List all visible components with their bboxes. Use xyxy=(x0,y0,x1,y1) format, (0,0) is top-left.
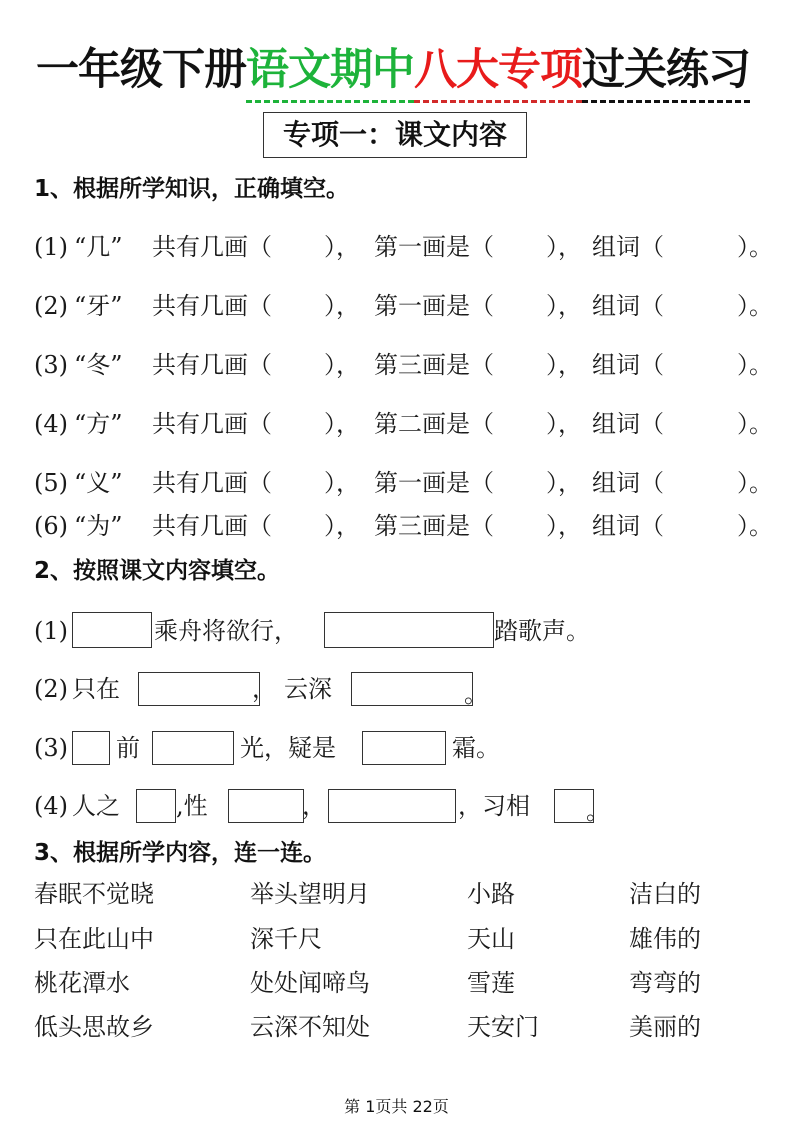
title-practice: 过关练习 xyxy=(582,42,750,103)
word-blank-close[interactable]: ）。 xyxy=(737,467,773,499)
q1-item-2: (2) “牙” 共有几画（ ）， 第一画是（ ）， 组词（ ）。 xyxy=(34,290,774,322)
poem-text: 踏歌声。 xyxy=(494,615,590,647)
word-blank-close[interactable]: ）。 xyxy=(737,510,773,542)
item-number: (3) xyxy=(34,349,68,381)
stroke-order-blank-close[interactable]: ）， xyxy=(546,408,582,440)
question-1-heading: 1、根据所学知识，正确填空。 xyxy=(34,174,349,204)
item-number: (4) xyxy=(34,790,68,822)
target-character: “牙” xyxy=(74,290,123,322)
word-prompt: 组词（ xyxy=(592,349,664,381)
poem-punct: ， xyxy=(252,673,276,705)
match-col-3-item-4[interactable]: 天安门 xyxy=(467,1011,539,1043)
stroke-count-blank-close[interactable]: ）， xyxy=(324,408,360,440)
poem-punct: 。 xyxy=(586,795,610,827)
q1-item-6: (6) “为” 共有几画（ ）， 第三画是（ ）， 组词（ ）。 xyxy=(34,510,774,542)
stroke-order-blank-close[interactable]: ）， xyxy=(546,349,582,381)
q2-line-4: (4) 人之 ,性 ， ，习相 。 xyxy=(34,789,774,823)
target-character: “方” xyxy=(74,408,123,440)
word-prompt: 组词（ xyxy=(592,467,664,499)
answer-box[interactable] xyxy=(72,612,152,648)
stroke-order-prompt: 第二画是（ xyxy=(374,408,494,440)
q1-item-1: (1) “几” 共有几画（ ）， 第一画是（ ）， 组词（ ）。 xyxy=(34,231,774,263)
answer-box[interactable] xyxy=(228,789,304,823)
poem-punct: ， xyxy=(302,790,326,822)
answer-box[interactable] xyxy=(351,672,473,706)
poem-text: ，习相 xyxy=(458,790,530,822)
stroke-order-blank-close[interactable]: ）， xyxy=(546,510,582,542)
stroke-count-prompt: 共有几画（ xyxy=(152,510,272,542)
worksheet-title: 一年级下册 语文期中 八大专项 过关练习 xyxy=(36,42,750,103)
title-grade: 一年级下册 xyxy=(36,42,246,103)
poem-punct: 。 xyxy=(464,678,488,710)
poem-text: 霜。 xyxy=(452,732,500,764)
q2-line-1: (1) 乘舟将欲行， 踏歌声。 xyxy=(34,614,774,648)
item-number: (4) xyxy=(34,408,68,440)
item-number: (1) xyxy=(34,615,68,647)
stroke-count-prompt: 共有几画（ xyxy=(152,408,272,440)
question-2-heading: 2、按照课文内容填空。 xyxy=(34,556,280,586)
stroke-order-prompt: 第三画是（ xyxy=(374,349,494,381)
answer-box[interactable] xyxy=(152,731,234,765)
item-number: (6) xyxy=(34,510,68,542)
match-col-4-item-3[interactable]: 弯弯的 xyxy=(629,967,701,999)
answer-box[interactable] xyxy=(72,731,110,765)
item-number: (3) xyxy=(34,732,68,764)
match-col-3-item-2[interactable]: 天山 xyxy=(467,923,515,955)
poem-text: ,性 xyxy=(176,790,208,822)
poem-text: 人之 xyxy=(72,790,120,822)
q1-item-3: (3) “冬” 共有几画（ ）， 第三画是（ ）， 组词（ ）。 xyxy=(34,349,774,381)
match-col-2-item-1[interactable]: 举头望明月 xyxy=(250,878,370,910)
stroke-count-blank-close[interactable]: ）， xyxy=(324,467,360,499)
stroke-count-blank-close[interactable]: ）， xyxy=(324,349,360,381)
answer-box[interactable] xyxy=(328,789,456,823)
match-col-4-item-1[interactable]: 洁白的 xyxy=(629,878,701,910)
q2-line-2: (2) 只在 ， 云深 。 xyxy=(34,672,774,706)
target-character: “几” xyxy=(74,231,123,263)
stroke-order-prompt: 第三画是（ xyxy=(374,510,494,542)
stroke-order-prompt: 第一画是（ xyxy=(374,467,494,499)
word-blank-close[interactable]: ）。 xyxy=(737,290,773,322)
match-col-1-item-3[interactable]: 桃花潭水 xyxy=(34,967,130,999)
stroke-count-prompt: 共有几画（ xyxy=(152,349,272,381)
poem-text: 光，疑是 xyxy=(240,732,336,764)
poem-text: 只在 xyxy=(72,673,120,705)
stroke-order-prompt: 第一画是（ xyxy=(374,231,494,263)
poem-text: 乘舟将欲行， xyxy=(154,615,298,647)
match-col-1-item-1[interactable]: 春眠不觉晓 xyxy=(34,878,154,910)
stroke-order-blank-close[interactable]: ）， xyxy=(546,231,582,263)
target-character: “冬” xyxy=(74,349,123,381)
stroke-count-blank-close[interactable]: ）， xyxy=(324,290,360,322)
match-col-2-item-3[interactable]: 处处闻啼鸟 xyxy=(250,967,370,999)
q1-item-4: (4) “方” 共有几画（ ）， 第二画是（ ）， 组词（ ）。 xyxy=(34,408,774,440)
poem-text: 云深 xyxy=(284,673,332,705)
word-prompt: 组词（ xyxy=(592,231,664,263)
word-blank-close[interactable]: ）。 xyxy=(737,231,773,263)
match-col-1-item-2[interactable]: 只在此山中 xyxy=(34,923,154,955)
word-blank-close[interactable]: ）。 xyxy=(737,408,773,440)
item-number: (2) xyxy=(34,673,68,705)
match-col-4-item-4[interactable]: 美丽的 xyxy=(629,1011,701,1043)
title-topics: 八大专项 xyxy=(414,42,582,103)
poem-text: 前 xyxy=(116,732,140,764)
target-character: “为” xyxy=(74,510,123,542)
item-number: (5) xyxy=(34,467,68,499)
q2-line-3: (3) 前 光，疑是 霜。 xyxy=(34,731,774,765)
match-col-3-item-1[interactable]: 小路 xyxy=(467,878,515,910)
stroke-count-prompt: 共有几画（ xyxy=(152,231,272,263)
stroke-count-prompt: 共有几画（ xyxy=(152,467,272,499)
target-character: “义” xyxy=(74,467,123,499)
answer-box[interactable] xyxy=(136,789,176,823)
word-prompt: 组词（ xyxy=(592,510,664,542)
word-blank-close[interactable]: ）。 xyxy=(737,349,773,381)
answer-box[interactable] xyxy=(138,672,260,706)
answer-box[interactable] xyxy=(324,612,494,648)
section-label: 专项一：课文内容 xyxy=(263,112,527,158)
question-3-heading: 3、根据所学内容，连一连。 xyxy=(34,838,326,868)
word-prompt: 组词（ xyxy=(592,408,664,440)
stroke-order-prompt: 第一画是（ xyxy=(374,290,494,322)
match-col-1-item-4[interactable]: 低头思故乡 xyxy=(34,1011,154,1043)
match-col-2-item-4[interactable]: 云深不知处 xyxy=(250,1011,370,1043)
match-col-3-item-3[interactable]: 雪莲 xyxy=(467,967,515,999)
title-subject: 语文期中 xyxy=(246,42,414,103)
match-col-4-item-2[interactable]: 雄伟的 xyxy=(629,923,701,955)
stroke-count-blank-close[interactable]: ）， xyxy=(324,231,360,263)
answer-box[interactable] xyxy=(362,731,446,765)
word-prompt: 组词（ xyxy=(592,290,664,322)
item-number: (1) xyxy=(34,231,68,263)
page-indicator: 第 1页共 22页 xyxy=(0,1094,793,1117)
stroke-order-blank-close[interactable]: ）， xyxy=(546,290,582,322)
stroke-order-blank-close[interactable]: ）， xyxy=(546,467,582,499)
item-number: (2) xyxy=(34,290,68,322)
q1-item-5: (5) “义” 共有几画（ ）， 第一画是（ ）， 组词（ ）。 xyxy=(34,467,774,499)
stroke-count-prompt: 共有几画（ xyxy=(152,290,272,322)
match-col-2-item-2[interactable]: 深千尺 xyxy=(250,923,322,955)
stroke-count-blank-close[interactable]: ）， xyxy=(324,510,360,542)
